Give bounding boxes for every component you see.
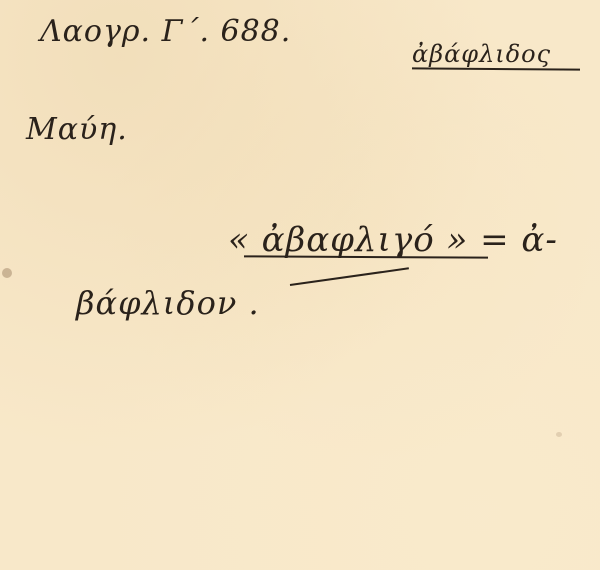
entry-line-1: « ἀβαφλιγό » = ἀ- [228,220,558,260]
note-card: Λαογρ. Γ΄. 688. ἀβάφλιδος Μαύη. « ἀβαφλι… [0,0,600,570]
place-name: Μαύη. [26,112,128,147]
paper-stain [556,432,562,437]
paper-stain [2,268,12,278]
entry-line-2: βάφλιδον . [76,284,260,322]
pen-stroke [290,267,409,286]
headword-underline [412,67,580,70]
headword: ἀβάφλιδος [412,40,551,68]
reference-citation: Λαογρ. Γ΄. 688. [40,14,291,49]
